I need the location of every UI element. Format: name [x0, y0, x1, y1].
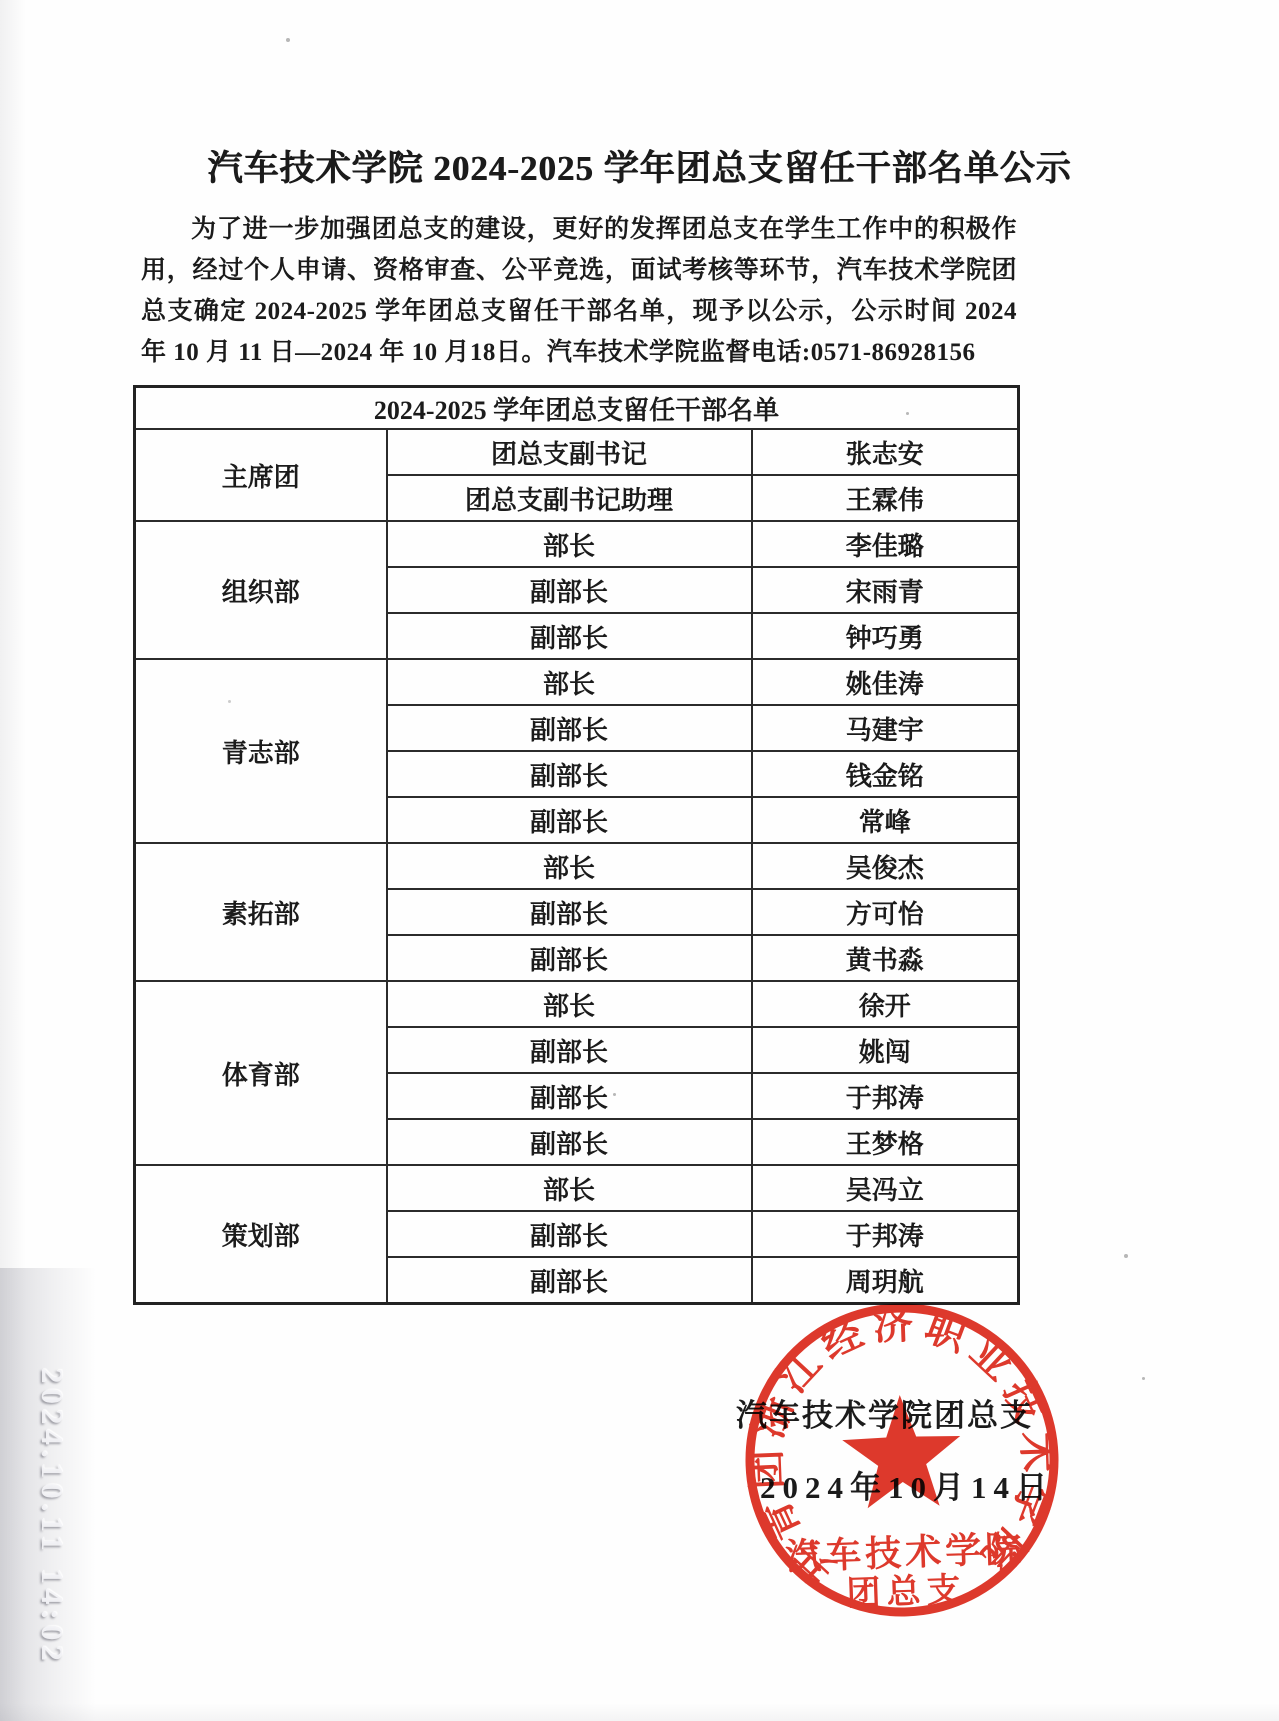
position-cell: 团总支副书记助理 — [387, 475, 752, 521]
name-cell: 张志安 — [752, 429, 1019, 475]
position-cell: 副部长 — [387, 1211, 752, 1257]
scan-speckle — [1142, 1377, 1145, 1380]
table-row: 青志部部长姚佳涛 — [135, 659, 1019, 705]
scan-speckle — [613, 1093, 616, 1096]
name-cell: 于邦涛 — [752, 1211, 1019, 1257]
table-row: 体育部部长徐开 — [135, 981, 1019, 1027]
name-cell: 吴俊杰 — [752, 843, 1019, 889]
scan-speckle — [286, 38, 290, 42]
position-cell: 副部长 — [387, 751, 752, 797]
name-cell: 方可怡 — [752, 889, 1019, 935]
position-cell: 副部长 — [387, 567, 752, 613]
name-cell: 李佳璐 — [752, 521, 1019, 567]
position-cell: 部长 — [387, 981, 752, 1027]
name-cell: 马建宇 — [752, 705, 1019, 751]
table-row: 组织部部长李佳璐 — [135, 521, 1019, 567]
department-cell: 青志部 — [135, 659, 387, 843]
position-cell: 副部长 — [387, 1257, 752, 1304]
position-cell: 副部长 — [387, 705, 752, 751]
scan-speckle — [906, 412, 909, 415]
table-header-row: 2024-2025 学年团总支留任干部名单 — [135, 387, 1019, 430]
scan-speckle — [228, 700, 231, 703]
timestamp-watermark: 2024.10.11 14:02 — [34, 1368, 70, 1688]
position-cell: 副部长 — [387, 797, 752, 843]
name-cell: 钟巧勇 — [752, 613, 1019, 659]
cadre-roster-table: 2024-2025 学年团总支留任干部名单 主席团团总支副书记张志安团总支副书记… — [133, 385, 1020, 1305]
seal-star-icon — [841, 1393, 963, 1509]
roster-table-body: 主席团团总支副书记张志安团总支副书记助理王霖伟组织部部长李佳璐副部长宋雨青副部长… — [135, 429, 1019, 1304]
name-cell: 于邦涛 — [752, 1073, 1019, 1119]
position-cell: 团总支副书记 — [387, 429, 752, 475]
position-cell: 部长 — [387, 1165, 752, 1211]
announcement-paragraph: 为了进一步加强团总支的建设，更好的发挥团总支在学生工作中的积极作用，经过个人申请… — [141, 209, 1017, 373]
table-row: 主席团团总支副书记张志安 — [135, 429, 1019, 475]
position-cell: 部长 — [387, 659, 752, 705]
position-cell: 副部长 — [387, 889, 752, 935]
name-cell: 姚佳涛 — [752, 659, 1019, 705]
department-cell: 主席团 — [135, 429, 387, 521]
table-row: 素拓部部长吴俊杰 — [135, 843, 1019, 889]
position-cell: 副部长 — [387, 1073, 752, 1119]
name-cell: 吴冯立 — [752, 1165, 1019, 1211]
official-seal: 共青团浙江经济职业技术学院 汽车技术学院 团总支 — [733, 1291, 1070, 1628]
seal-text-line2: 团总支 — [846, 1571, 967, 1613]
position-cell: 副部长 — [387, 1027, 752, 1073]
position-cell: 部长 — [387, 521, 752, 567]
name-cell: 王梦格 — [752, 1119, 1019, 1165]
name-cell: 徐开 — [752, 981, 1019, 1027]
department-cell: 组织部 — [135, 521, 387, 659]
document-title: 汽车技术学院 2024-2025 学年团总支留任干部名单公示 — [0, 141, 1279, 191]
name-cell: 宋雨青 — [752, 567, 1019, 613]
department-cell: 体育部 — [135, 981, 387, 1165]
name-cell: 姚闯 — [752, 1027, 1019, 1073]
department-cell: 策划部 — [135, 1165, 387, 1304]
scan-speckle — [1124, 1254, 1128, 1258]
name-cell: 常峰 — [752, 797, 1019, 843]
department-cell: 素拓部 — [135, 843, 387, 981]
seal-graphic: 共青团浙江经济职业技术学院 汽车技术学院 团总支 — [733, 1291, 1070, 1628]
name-cell: 钱金铭 — [752, 751, 1019, 797]
position-cell: 副部长 — [387, 935, 752, 981]
position-cell: 副部长 — [387, 613, 752, 659]
seal-text-line1: 汽车技术学院 — [785, 1529, 1026, 1577]
name-cell: 黄书淼 — [752, 935, 1019, 981]
position-cell: 部长 — [387, 843, 752, 889]
position-cell: 副部长 — [387, 1119, 752, 1165]
table-row: 策划部部长吴冯立 — [135, 1165, 1019, 1211]
name-cell: 王霖伟 — [752, 475, 1019, 521]
scanned-document-page: 汽车技术学院 2024-2025 学年团总支留任干部名单公示 为了进一步加强团总… — [0, 0, 1279, 1721]
table-title-cell: 2024-2025 学年团总支留任干部名单 — [135, 387, 1019, 430]
